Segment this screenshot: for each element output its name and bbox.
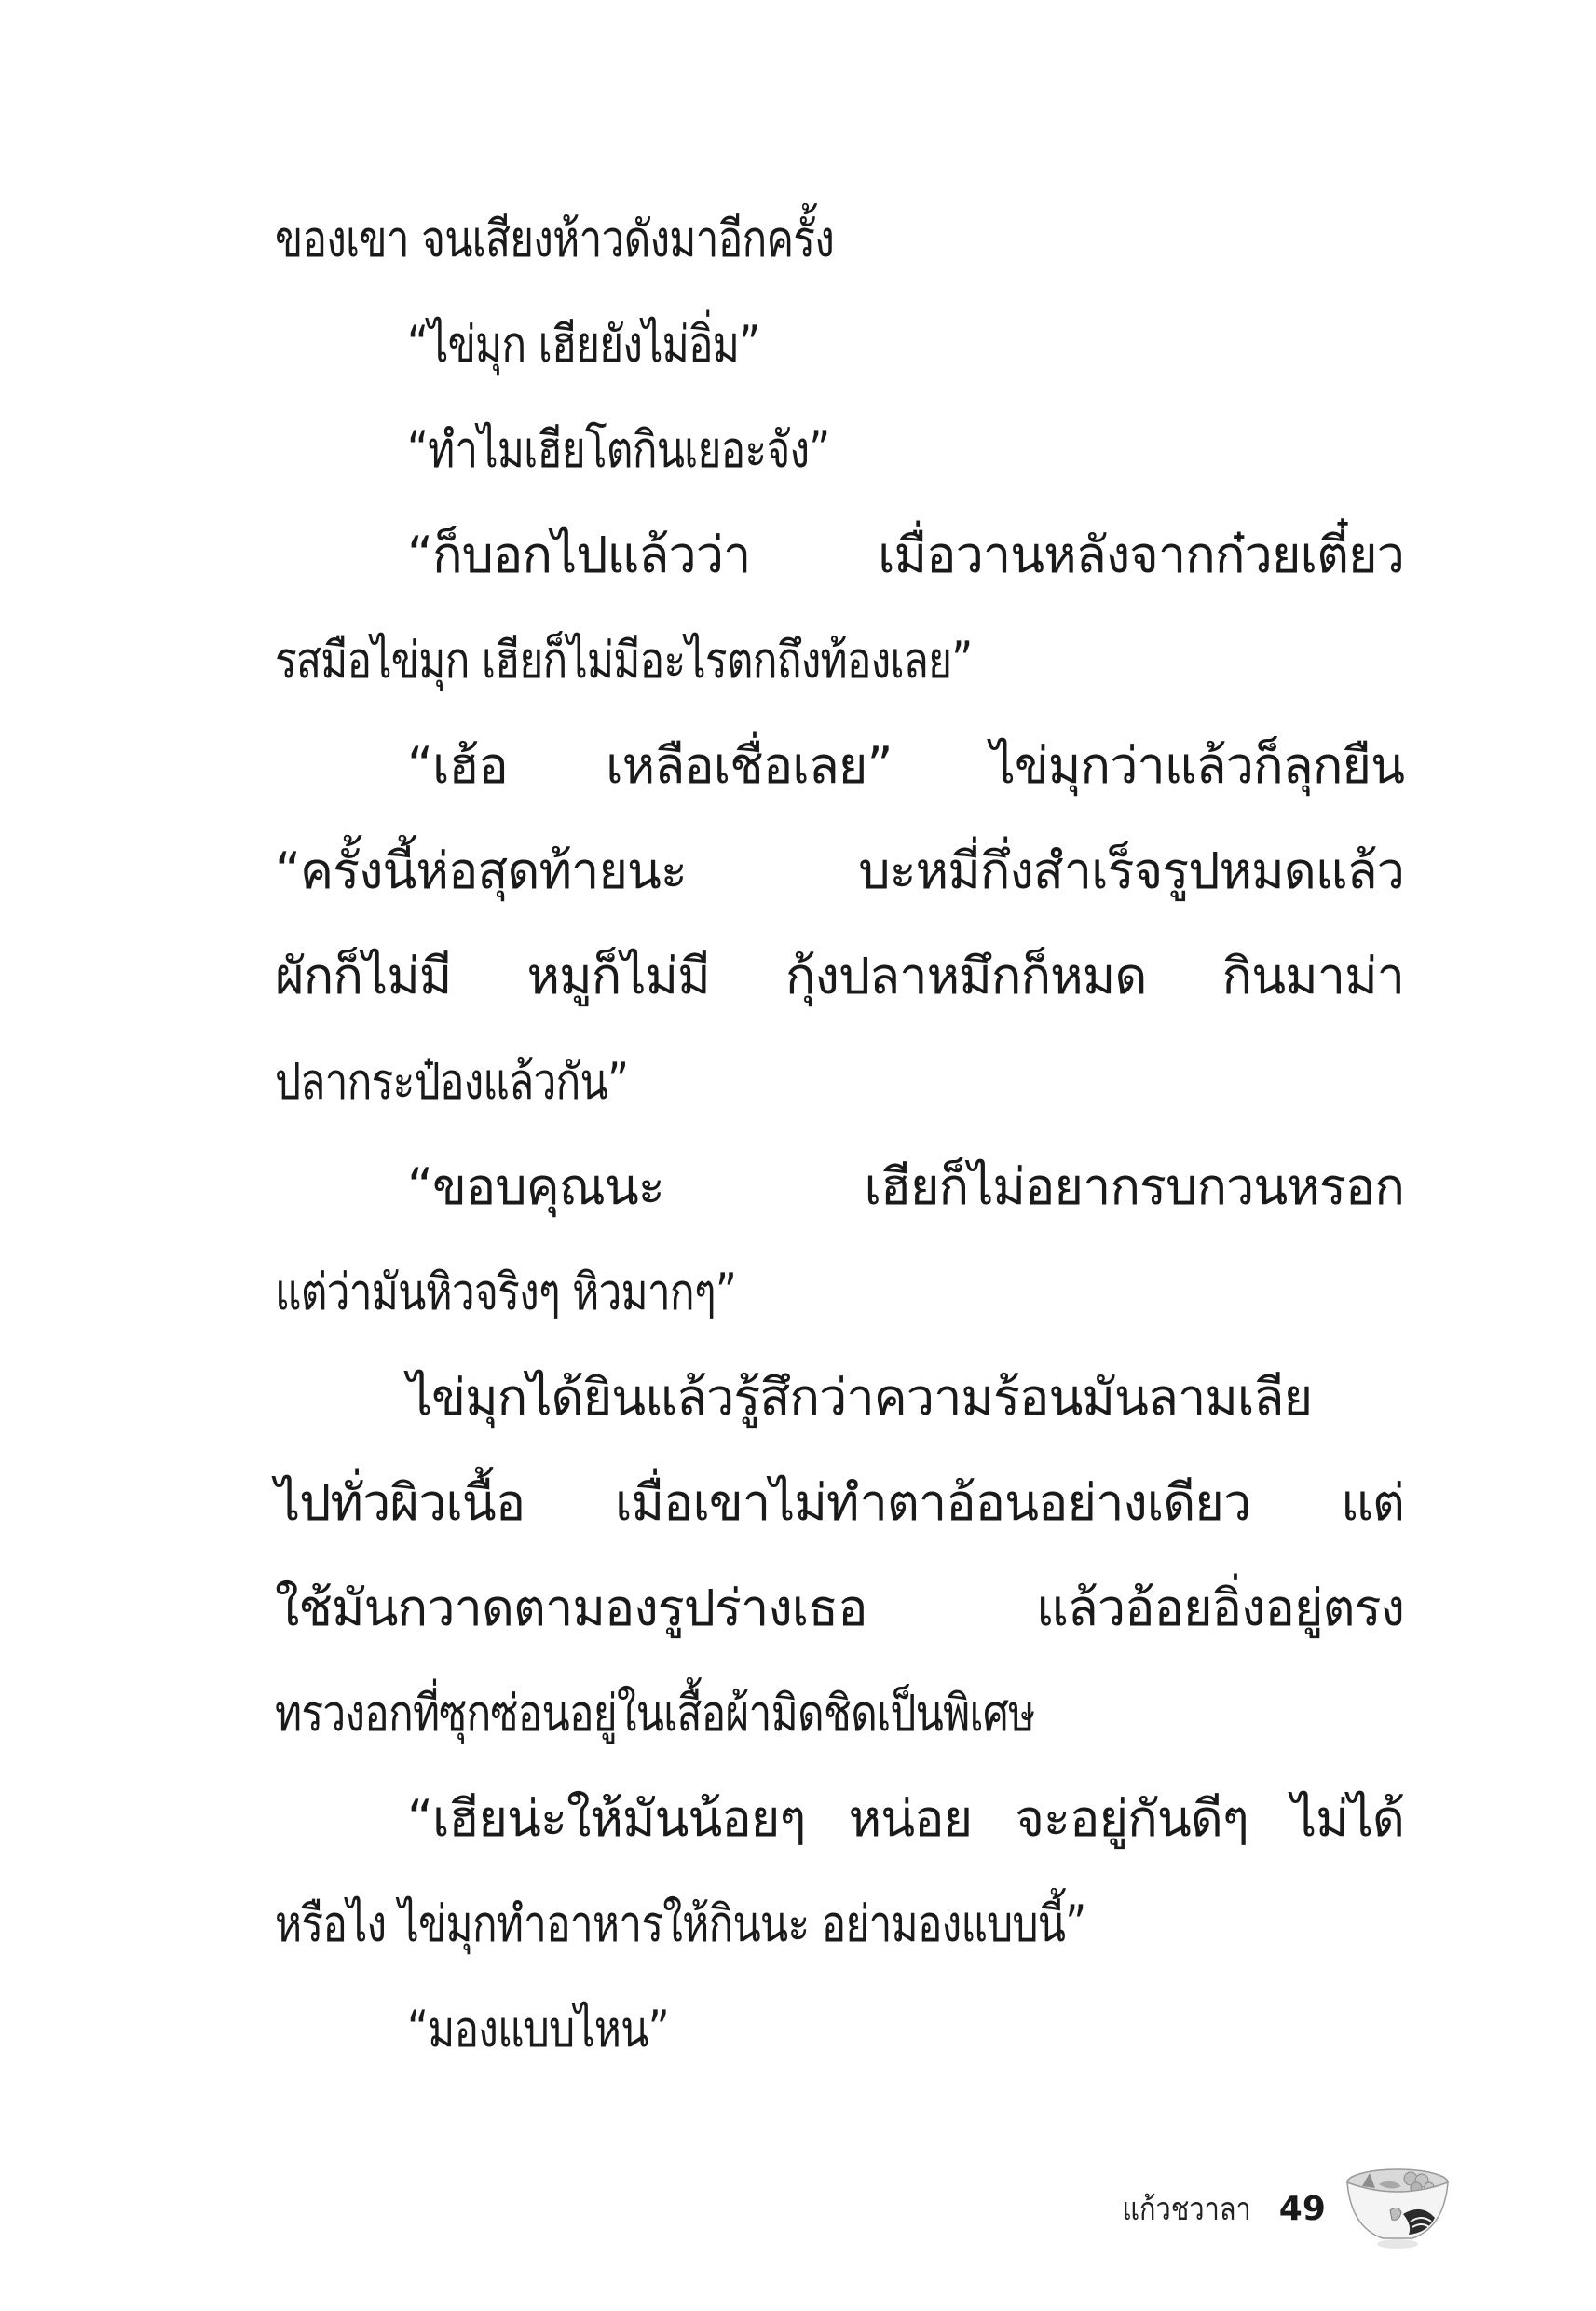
- text-line-13: ไปทั่วผิวเนื้อ เมื่อเขาไม่ทำตาอ้อนอย่างเ…: [275, 1450, 1404, 1555]
- book-page: ของเขา จนเสียงห้าวดังมาอีกครั้ง “ไข่มุก …: [0, 0, 1596, 2311]
- text-line-2: “ไข่มุก เฮียยังไม่อิ่ม”: [275, 292, 1404, 397]
- text-line-6: “เฮ้อ เหลือเชื่อเลย” ไข่มุกว่าแล้วก็ลุกย…: [275, 713, 1404, 818]
- page-footer: แก้วชวาลา 49: [1099, 2181, 1326, 2236]
- text-line-16: “เฮียน่ะให้มันน้อยๆ หน่อย จะอยู่กันดีๆ ไ…: [275, 1766, 1404, 1871]
- text-line-15: ทรวงอกที่ซุกซ่อนอยู่ในเสื้อผ้ามิดชิดเป็น…: [275, 1661, 1404, 1766]
- text-line-5: รสมือไข่มุก เฮียก็ไม่มีอะไรตกถึงท้องเลย”: [275, 608, 1404, 713]
- text-line-14: ใช้มันกวาดตามองรูปร่างเธอ แล้วอ้อยอิ่งอย…: [275, 1555, 1404, 1661]
- text-line-12: ไข่มุกได้ยินแล้วรู้สึกว่าความร้อนมันลามเ…: [275, 1345, 1404, 1450]
- text-line-18: “มองแบบไหน”: [275, 1976, 1404, 2082]
- text-line-11: แต่ว่ามันหิวจริงๆ หิวมากๆ”: [275, 1239, 1404, 1345]
- running-title: แก้วชวาลา: [1122, 2183, 1250, 2234]
- text-line-10: “ขอบคุณนะ เฮียก็ไม่อยากรบกวนหรอก: [275, 1134, 1404, 1239]
- text-line-17: หรือไง ไข่มุกทำอาหารให้กินนะ อย่ามองแบบน…: [275, 1871, 1404, 1976]
- text-line-9: ปลากระป๋องแล้วกัน”: [275, 1029, 1404, 1134]
- text-line-8: ผักก็ไม่มี หมูก็ไม่มี กุ้งปลาหมึกก็หมด ก…: [275, 923, 1404, 1029]
- noodle-bowl-icon: [1342, 2160, 1453, 2253]
- text-line-1: ของเขา จนเสียงห้าวดังมาอีกครั้ง: [275, 186, 1404, 292]
- text-line-7: “ครั้งนี้ห่อสุดท้ายนะ บะหมี่กึ่งสำเร็จรู…: [275, 818, 1404, 923]
- text-line-4: “ก็บอกไปแล้วว่า เมื่อวานหลังจากก๋วยเตี๋ย…: [275, 502, 1404, 608]
- body-text: ของเขา จนเสียงห้าวดังมาอีกครั้ง “ไข่มุก …: [275, 186, 1404, 2082]
- text-line-3: “ทำไมเฮียโตกินเยอะจัง”: [275, 397, 1404, 502]
- page-number: 49: [1279, 2190, 1326, 2228]
